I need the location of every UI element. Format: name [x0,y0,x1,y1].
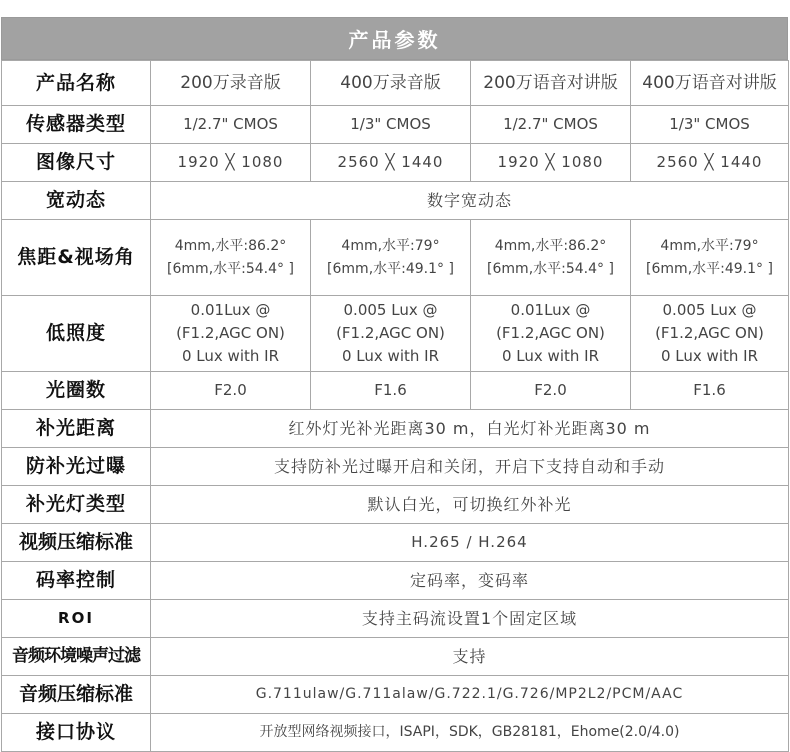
row-label: 防补光过曝 [2,448,151,486]
cell: F2.0 [471,372,631,410]
spec-table: 产品名称 200万录音版 400万录音版 200万语音对讲版 400万语音对讲版… [1,60,789,752]
cell: 0.005 Lux @(F1.2,AGC ON)0 Lux with IR [311,296,471,372]
cell: H.265 / H.264 [151,524,789,562]
table-row-bitrate: 码率控制 定码率，变码率 [2,562,789,600]
table-title: 产品参数 [1,17,788,60]
row-label: 视频压缩标准 [2,524,151,562]
cell: 2560 ╳ 1440 [631,144,789,182]
table-row-sensor: 传感器类型 1/2.7" CMOS 1/3" CMOS 1/2.7" CMOS … [2,106,789,144]
column-header: 200万语音对讲版 [471,61,631,106]
row-label: ROI [2,600,151,638]
cell: G.711ulaw/G.711alaw/G.722.1/G.726/MP2L2/… [151,676,789,714]
cell: F1.6 [311,372,471,410]
cell: 开放型网络视频接口，ISAPI，SDK，GB28181，Ehome(2.0/4.… [151,714,789,752]
cell: 支持主码流设置1个固定区域 [151,600,789,638]
column-header: 200万录音版 [151,61,311,106]
cell-line: 0 Lux with IR [471,345,630,368]
column-header: 400万语音对讲版 [631,61,789,106]
cell-line: 0.01Lux @ [471,299,630,322]
cell: 4mm,水平:79°[6mm,水平:49.1° ] [311,220,471,296]
row-label: 音频压缩标准 [2,676,151,714]
cell: 数字宽动态 [151,182,789,220]
cell: 0.01Lux @(F1.2,AGC ON)0 Lux with IR [151,296,311,372]
row-label: 补光距离 [2,410,151,448]
cell-line: [6mm,水平:49.1° ] [631,258,788,281]
cell: 4mm,水平:79°[6mm,水平:49.1° ] [631,220,789,296]
cell-line: [6mm,水平:54.4° ] [151,258,310,281]
row-label: 光圈数 [2,372,151,410]
cell-line: 0.005 Lux @ [631,299,788,322]
cell-line: 4mm,水平:79° [631,235,788,258]
cell: F1.6 [631,372,789,410]
table-row-ir-distance: 补光距离 红外灯光补光距离30 m，白光灯补光距离30 m [2,410,789,448]
row-label: 传感器类型 [2,106,151,144]
cell: F2.0 [151,372,311,410]
table-row-aperture: 光圈数 F2.0 F1.6 F2.0 F1.6 [2,372,789,410]
column-header: 400万录音版 [311,61,471,106]
cell-line: 0 Lux with IR [151,345,310,368]
table-row-roi: ROI 支持主码流设置1个固定区域 [2,600,789,638]
table-row-focal: 焦距&视场角 4mm,水平:86.2°[6mm,水平:54.4° ] 4mm,水… [2,220,789,296]
cell: 1/2.7" CMOS [151,106,311,144]
table-row-light-type: 补光灯类型 默认白光，可切换红外补光 [2,486,789,524]
cell-line: [6mm,水平:49.1° ] [311,258,470,281]
row-label: 低照度 [2,296,151,372]
cell-line: (F1.2,AGC ON) [151,322,310,345]
row-label: 焦距&视场角 [2,220,151,296]
cell-line: 4mm,水平:79° [311,235,470,258]
cell-line: 4mm,水平:86.2° [471,235,630,258]
cell-line: 0.005 Lux @ [311,299,470,322]
cell: 红外灯光补光距离30 m，白光灯补光距离30 m [151,410,789,448]
cell: 支持防补光过曝开启和关闭，开启下支持自动和手动 [151,448,789,486]
cell-line: [6mm,水平:54.4° ] [471,258,630,281]
cell: 2560 ╳ 1440 [311,144,471,182]
table-row-audio-compression: 音频压缩标准 G.711ulaw/G.711alaw/G.722.1/G.726… [2,676,789,714]
cell-line: (F1.2,AGC ON) [471,322,630,345]
cell: 默认白光，可切换红外补光 [151,486,789,524]
table-row-wdr: 宽动态 数字宽动态 [2,182,789,220]
table-row-noise-filter: 音频环境噪声过滤 支持 [2,638,789,676]
row-label: 音频环境噪声过滤 [2,638,151,676]
table-row-low-light: 低照度 0.01Lux @(F1.2,AGC ON)0 Lux with IR … [2,296,789,372]
product-spec-sheet: 产品参数 产品名称 200万录音版 400万录音版 200万语音对讲版 400万… [1,17,788,752]
cell-line: (F1.2,AGC ON) [631,322,788,345]
cell: 1/2.7" CMOS [471,106,631,144]
row-label: 图像尺寸 [2,144,151,182]
cell: 1/3" CMOS [631,106,789,144]
cell-line: 0 Lux with IR [311,345,470,368]
table-row-product-name: 产品名称 200万录音版 400万录音版 200万语音对讲版 400万语音对讲版 [2,61,789,106]
cell: 4mm,水平:86.2°[6mm,水平:54.4° ] [471,220,631,296]
table-row-anti-overexposure: 防补光过曝 支持防补光过曝开启和关闭，开启下支持自动和手动 [2,448,789,486]
cell: 支持 [151,638,789,676]
cell-line: 0 Lux with IR [631,345,788,368]
cell-line: 0.01Lux @ [151,299,310,322]
row-label: 码率控制 [2,562,151,600]
cell: 1/3" CMOS [311,106,471,144]
cell: 0.005 Lux @(F1.2,AGC ON)0 Lux with IR [631,296,789,372]
row-label: 补光灯类型 [2,486,151,524]
row-label: 接口协议 [2,714,151,752]
row-label: 产品名称 [2,61,151,106]
cell: 定码率，变码率 [151,562,789,600]
table-row-video-compression: 视频压缩标准 H.265 / H.264 [2,524,789,562]
table-row-protocol: 接口协议 开放型网络视频接口，ISAPI，SDK，GB28181，Ehome(2… [2,714,789,752]
row-label: 宽动态 [2,182,151,220]
table-row-resolution: 图像尺寸 1920 ╳ 1080 2560 ╳ 1440 1920 ╳ 1080… [2,144,789,182]
cell-line: (F1.2,AGC ON) [311,322,470,345]
cell-line: 4mm,水平:86.2° [151,235,310,258]
cell: 1920 ╳ 1080 [471,144,631,182]
cell: 4mm,水平:86.2°[6mm,水平:54.4° ] [151,220,311,296]
cell: 0.01Lux @(F1.2,AGC ON)0 Lux with IR [471,296,631,372]
cell: 1920 ╳ 1080 [151,144,311,182]
